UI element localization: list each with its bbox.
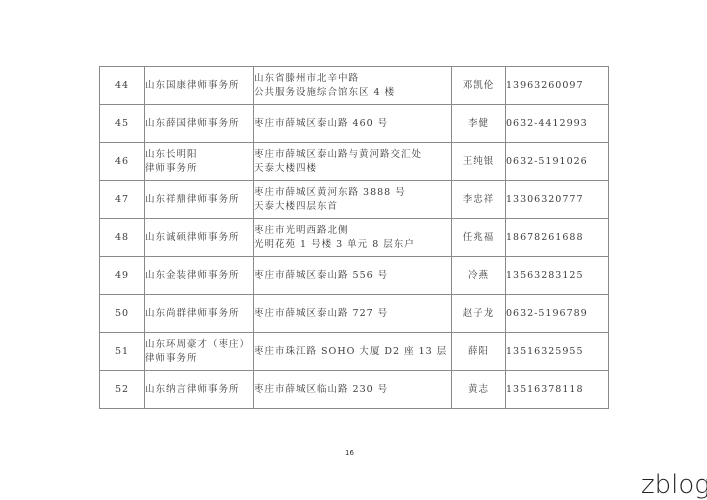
firm-name-line: 律师事务所 [145,162,253,176]
table-row: 47山东祥鼎律师事务所枣庄市薛城区黄河东路 3888 号天泰大楼四层东首李忠祥1… [100,181,609,219]
phone-number: 13963260097 [506,67,609,105]
contact-person: 任兆福 [452,219,506,257]
firm-address: 枣庄市光明西路北侧光明花苑 1 号楼 3 单元 8 层东户 [254,219,452,257]
firm-address: 枣庄市薛城区泰山路 727 号 [254,295,452,333]
firm-address-line: 天泰大楼四层东首 [254,200,451,214]
firm-address-line: 枣庄市薛城区临山路 230 号 [254,383,451,397]
phone-number: 0632-4412993 [506,105,609,143]
firm-address: 山东省滕州市北辛中路公共服务设施综合馆东区 4 楼 [254,67,452,105]
firm-name-line: 山东尚群律师事务所 [145,307,253,321]
firm-name-line: 山东诚硕律师事务所 [145,231,253,245]
firm-name: 山东薛国律师事务所 [145,105,254,143]
firm-address: 枣庄市珠江路 SOHO 大厦 D2 座 13 层 [254,333,452,371]
firm-address-line: 枣庄市薛城区泰山路 460 号 [254,117,451,131]
table-row: 44山东国康律师事务所山东省滕州市北辛中路公共服务设施综合馆东区 4 楼邓凯伦1… [100,67,609,105]
firm-name-line: 山东薛国律师事务所 [145,117,253,131]
row-number: 48 [100,219,145,257]
row-number: 45 [100,105,145,143]
firm-name-line: 山东国康律师事务所 [145,79,253,93]
row-number: 47 [100,181,145,219]
table-row: 45山东薛国律师事务所枣庄市薛城区泰山路 460 号李健0632-4412993 [100,105,609,143]
phone-number: 13306320777 [506,181,609,219]
row-number: 52 [100,371,145,409]
firm-address: 枣庄市薛城区泰山路 460 号 [254,105,452,143]
firm-address: 枣庄市薛城区泰山路与黄河路交汇处天泰大楼四楼 [254,143,452,181]
contact-person: 赵子龙 [452,295,506,333]
page-number: 16 [345,449,354,457]
firm-address: 枣庄市薛城区泰山路 556 号 [254,257,452,295]
firm-name: 山东诚硕律师事务所 [145,219,254,257]
table-row: 51山东环周豪才（枣庄）律师事务所枣庄市珠江路 SOHO 大厦 D2 座 13 … [100,333,609,371]
firm-name: 山东国康律师事务所 [145,67,254,105]
phone-number: 13563283125 [506,257,609,295]
firm-address-line: 枣庄市珠江路 SOHO 大厦 D2 座 13 层 [254,345,451,359]
firm-name-line: 山东环周豪才（枣庄） [145,338,253,352]
row-number: 50 [100,295,145,333]
row-number: 46 [100,143,145,181]
contact-person: 薛阳 [452,333,506,371]
firm-address-line: 天泰大楼四楼 [254,162,451,176]
firm-address-line: 公共服务设施综合馆东区 4 楼 [254,86,451,100]
firm-address-line: 枣庄市光明西路北侧 [254,224,451,238]
phone-number: 0632-5196789 [506,295,609,333]
contact-person: 李忠祥 [452,181,506,219]
law-firm-table: 44山东国康律师事务所山东省滕州市北辛中路公共服务设施综合馆东区 4 楼邓凯伦1… [99,66,609,409]
firm-address-line: 枣庄市薛城区泰山路与黄河路交汇处 [254,148,451,162]
row-number: 51 [100,333,145,371]
row-number: 44 [100,67,145,105]
firm-name: 山东长明阳律师事务所 [145,143,254,181]
firm-name: 山东祥鼎律师事务所 [145,181,254,219]
firm-name-line: 山东金装律师事务所 [145,269,253,283]
firm-address-line: 山东省滕州市北辛中路 [254,72,451,86]
firm-name-line: 山东祥鼎律师事务所 [145,193,253,207]
table-row: 49山东金装律师事务所枣庄市薛城区泰山路 556 号冷燕13563283125 [100,257,609,295]
firm-address-line: 枣庄市薛城区泰山路 556 号 [254,269,451,283]
table-row: 52山东纳言律师事务所枣庄市薛城区临山路 230 号黄志13516378118 [100,371,609,409]
table-row: 50山东尚群律师事务所枣庄市薛城区泰山路 727 号赵子龙0632-519678… [100,295,609,333]
phone-number: 18678261688 [506,219,609,257]
firm-name: 山东环周豪才（枣庄）律师事务所 [145,333,254,371]
contact-person: 李健 [452,105,506,143]
firm-name-line: 山东纳言律师事务所 [145,383,253,397]
contact-person: 邓凯伦 [452,67,506,105]
firm-address-line: 枣庄市薛城区黄河东路 3888 号 [254,186,451,200]
contact-person: 王纯银 [452,143,506,181]
firm-name: 山东纳言律师事务所 [145,371,254,409]
firm-name-line: 山东长明阳 [145,148,253,162]
firm-address: 枣庄市薛城区黄河东路 3888 号天泰大楼四层东首 [254,181,452,219]
firm-address-line: 枣庄市薛城区泰山路 727 号 [254,307,451,321]
firm-name: 山东尚群律师事务所 [145,295,254,333]
row-number: 49 [100,257,145,295]
firm-name-line: 律师事务所 [145,352,253,366]
phone-number: 13516325955 [506,333,609,371]
phone-number: 0632-5191026 [506,143,609,181]
firm-name: 山东金装律师事务所 [145,257,254,295]
table-row: 46山东长明阳律师事务所枣庄市薛城区泰山路与黄河路交汇处天泰大楼四楼王纯银063… [100,143,609,181]
table-row: 48山东诚硕律师事务所枣庄市光明西路北侧光明花苑 1 号楼 3 单元 8 层东户… [100,219,609,257]
table-body: 44山东国康律师事务所山东省滕州市北辛中路公共服务设施综合馆东区 4 楼邓凯伦1… [100,67,609,409]
contact-person: 冷燕 [452,257,506,295]
firm-address: 枣庄市薛城区临山路 230 号 [254,371,452,409]
phone-number: 13516378118 [506,371,609,409]
watermark: zblog [641,470,707,500]
contact-person: 黄志 [452,371,506,409]
firm-address-line: 光明花苑 1 号楼 3 单元 8 层东户 [254,238,451,252]
